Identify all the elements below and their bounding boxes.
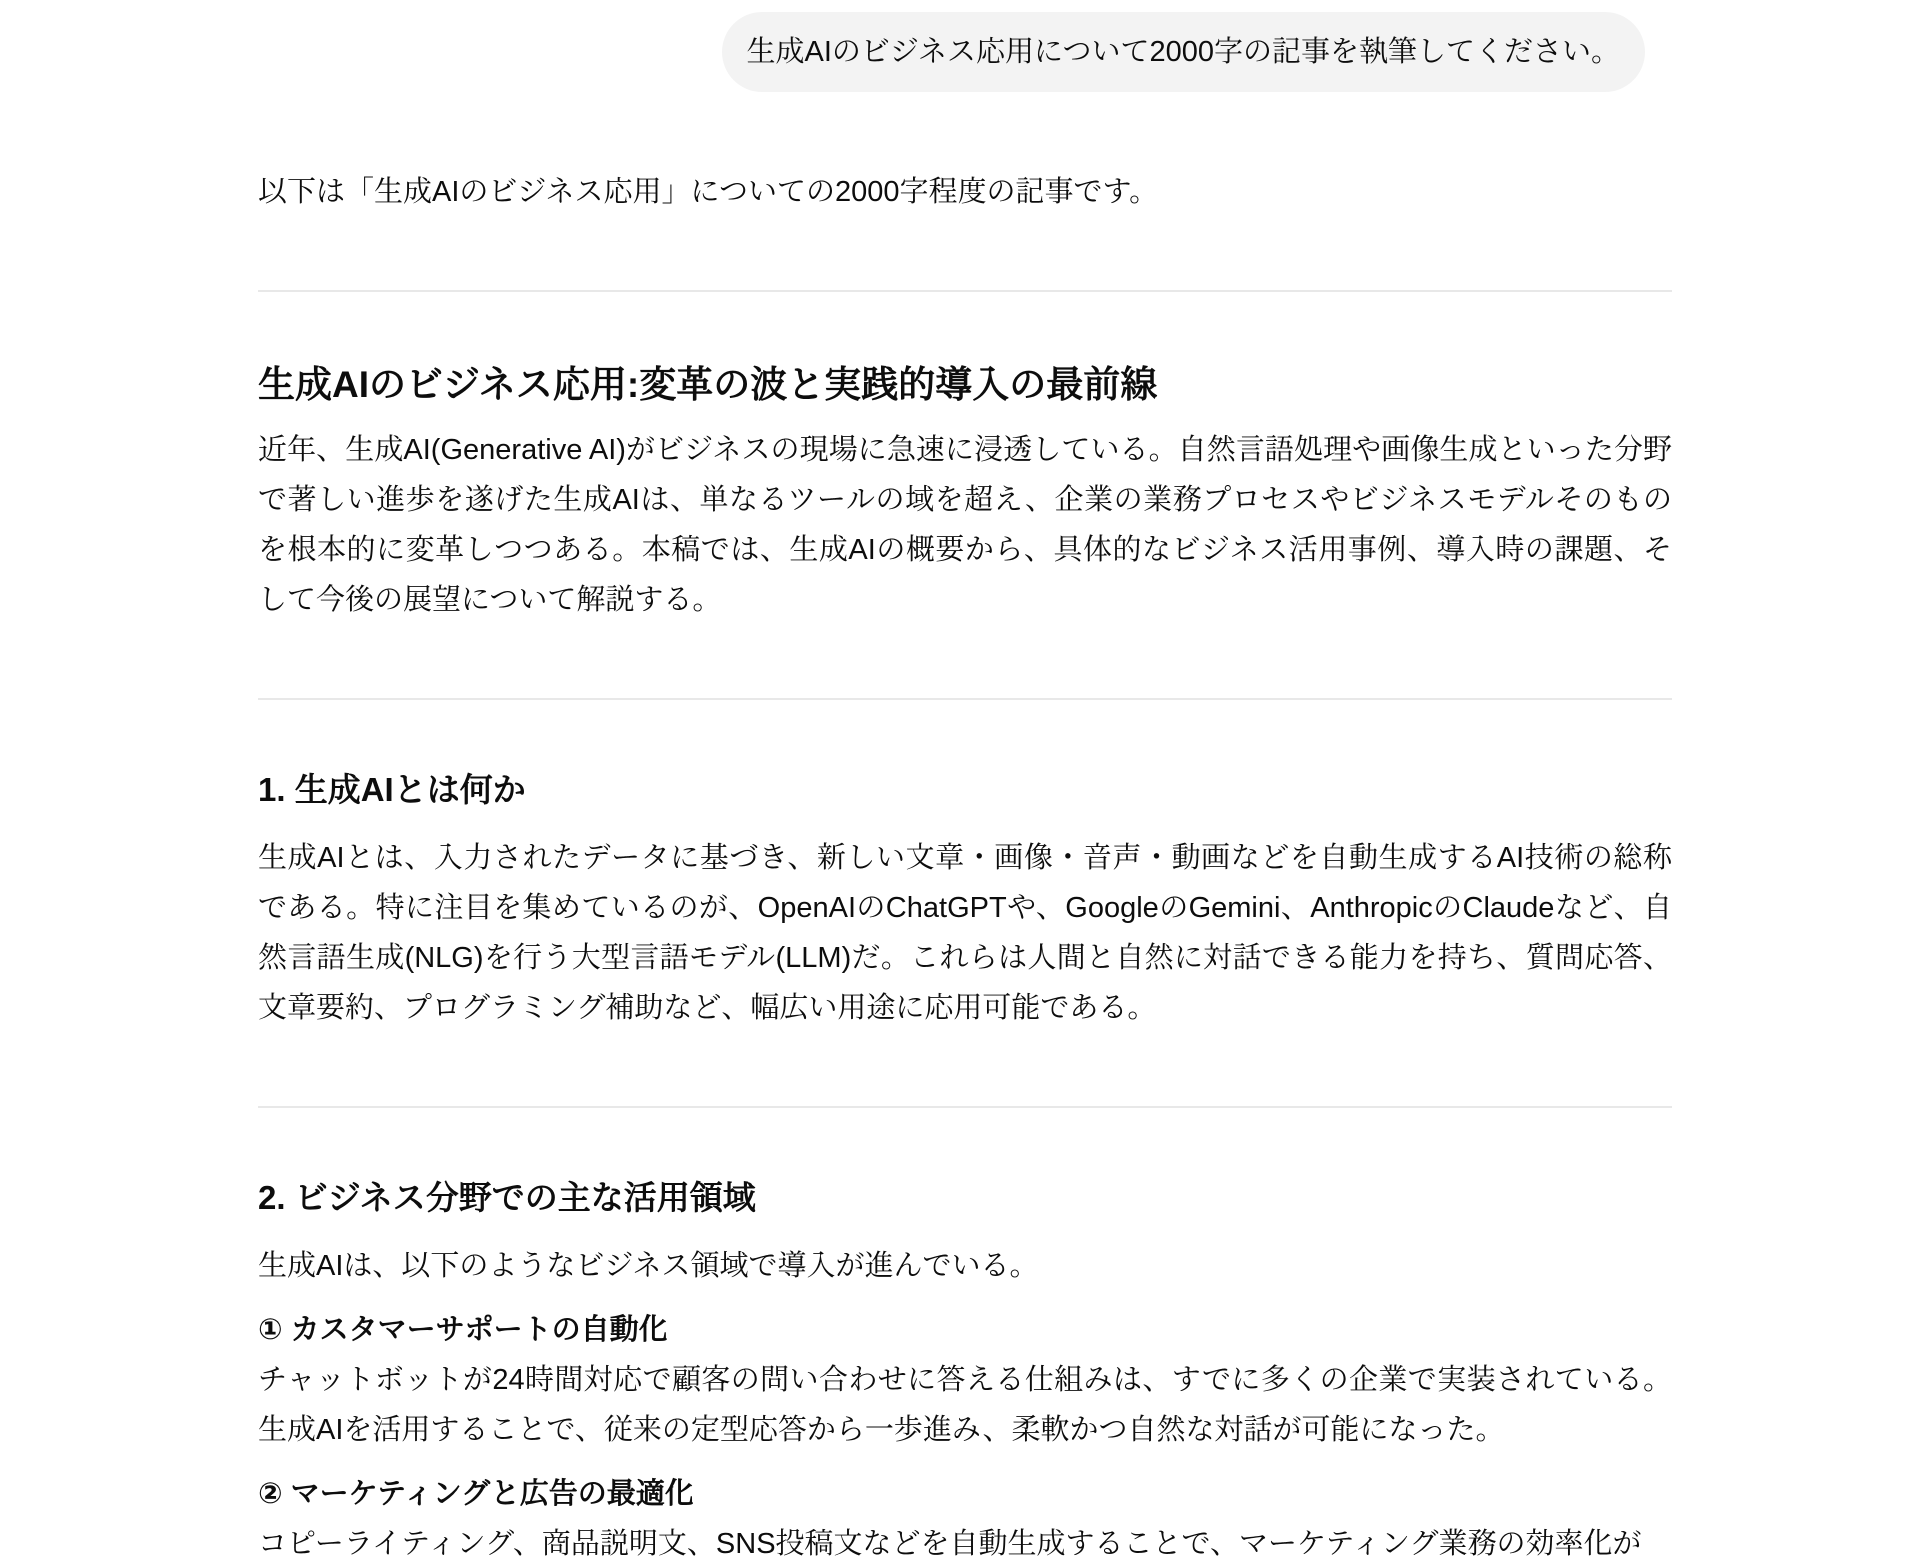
item-2-subheading: ② マーケティングと広告の最適化 [258,1478,694,1510]
section-2-item-2: ② マーケティングと広告の最適化 コピーライティング、商品説明文、SNS投稿文な… [258,1469,1672,1566]
conversation-column: 生成AIのビジネス応用について2000字の記事を執筆してください。 以下は「生成… [258,0,1672,1566]
item-2-text: コピーライティング、商品説明文、SNS投稿文などを自動生成することで、マーケティ… [258,1528,1641,1560]
article-lead-paragraph: 近年、生成AI(Generative AI)がビジネスの現場に急速に浸透している… [258,425,1672,625]
assistant-message: 以下は「生成AIのビジネス応用」についての2000字程度の記事です。 生成AIの… [258,167,1672,1566]
chat-page: 生成AIのビジネス応用について2000字の記事を執筆してください。 以下は「生成… [0,0,1914,1566]
item-1-subheading: ① カスタマーサポートの自動化 [258,1314,668,1346]
item-1-text: チャットボットが24時間対応で顧客の問い合わせに答える仕組みは、すでに多くの企業… [258,1364,1672,1446]
section-1-heading: 1. 生成AIとは何か [258,768,1672,812]
assistant-intro-text: 以下は「生成AIのビジネス応用」についての2000字程度の記事です。 [258,167,1672,217]
divider [258,290,1672,292]
user-message-bubble: 生成AIのビジネス応用について2000字の記事を執筆してください。 [722,12,1645,92]
section-2-body: 生成AIは、以下のようなビジネス領域で導入が進んでいる。 [258,1241,1672,1291]
section-1-body: 生成AIとは、入力されたデータに基づき、新しい文章・画像・音声・動画などを自動生… [258,833,1672,1033]
divider [258,1106,1672,1108]
divider [258,698,1672,700]
section-2-heading: 2. ビジネス分野での主な活用領域 [258,1176,1672,1220]
section-2-item-1: ① カスタマーサポートの自動化 チャットボットが24時間対応で顧客の問い合わせに… [258,1305,1672,1455]
user-message-row: 生成AIのビジネス応用について2000字の記事を執筆してください。 [258,0,1672,92]
article-title: 生成AIのビジネス応用:変革の波と実践的導入の最前線 [258,360,1672,410]
